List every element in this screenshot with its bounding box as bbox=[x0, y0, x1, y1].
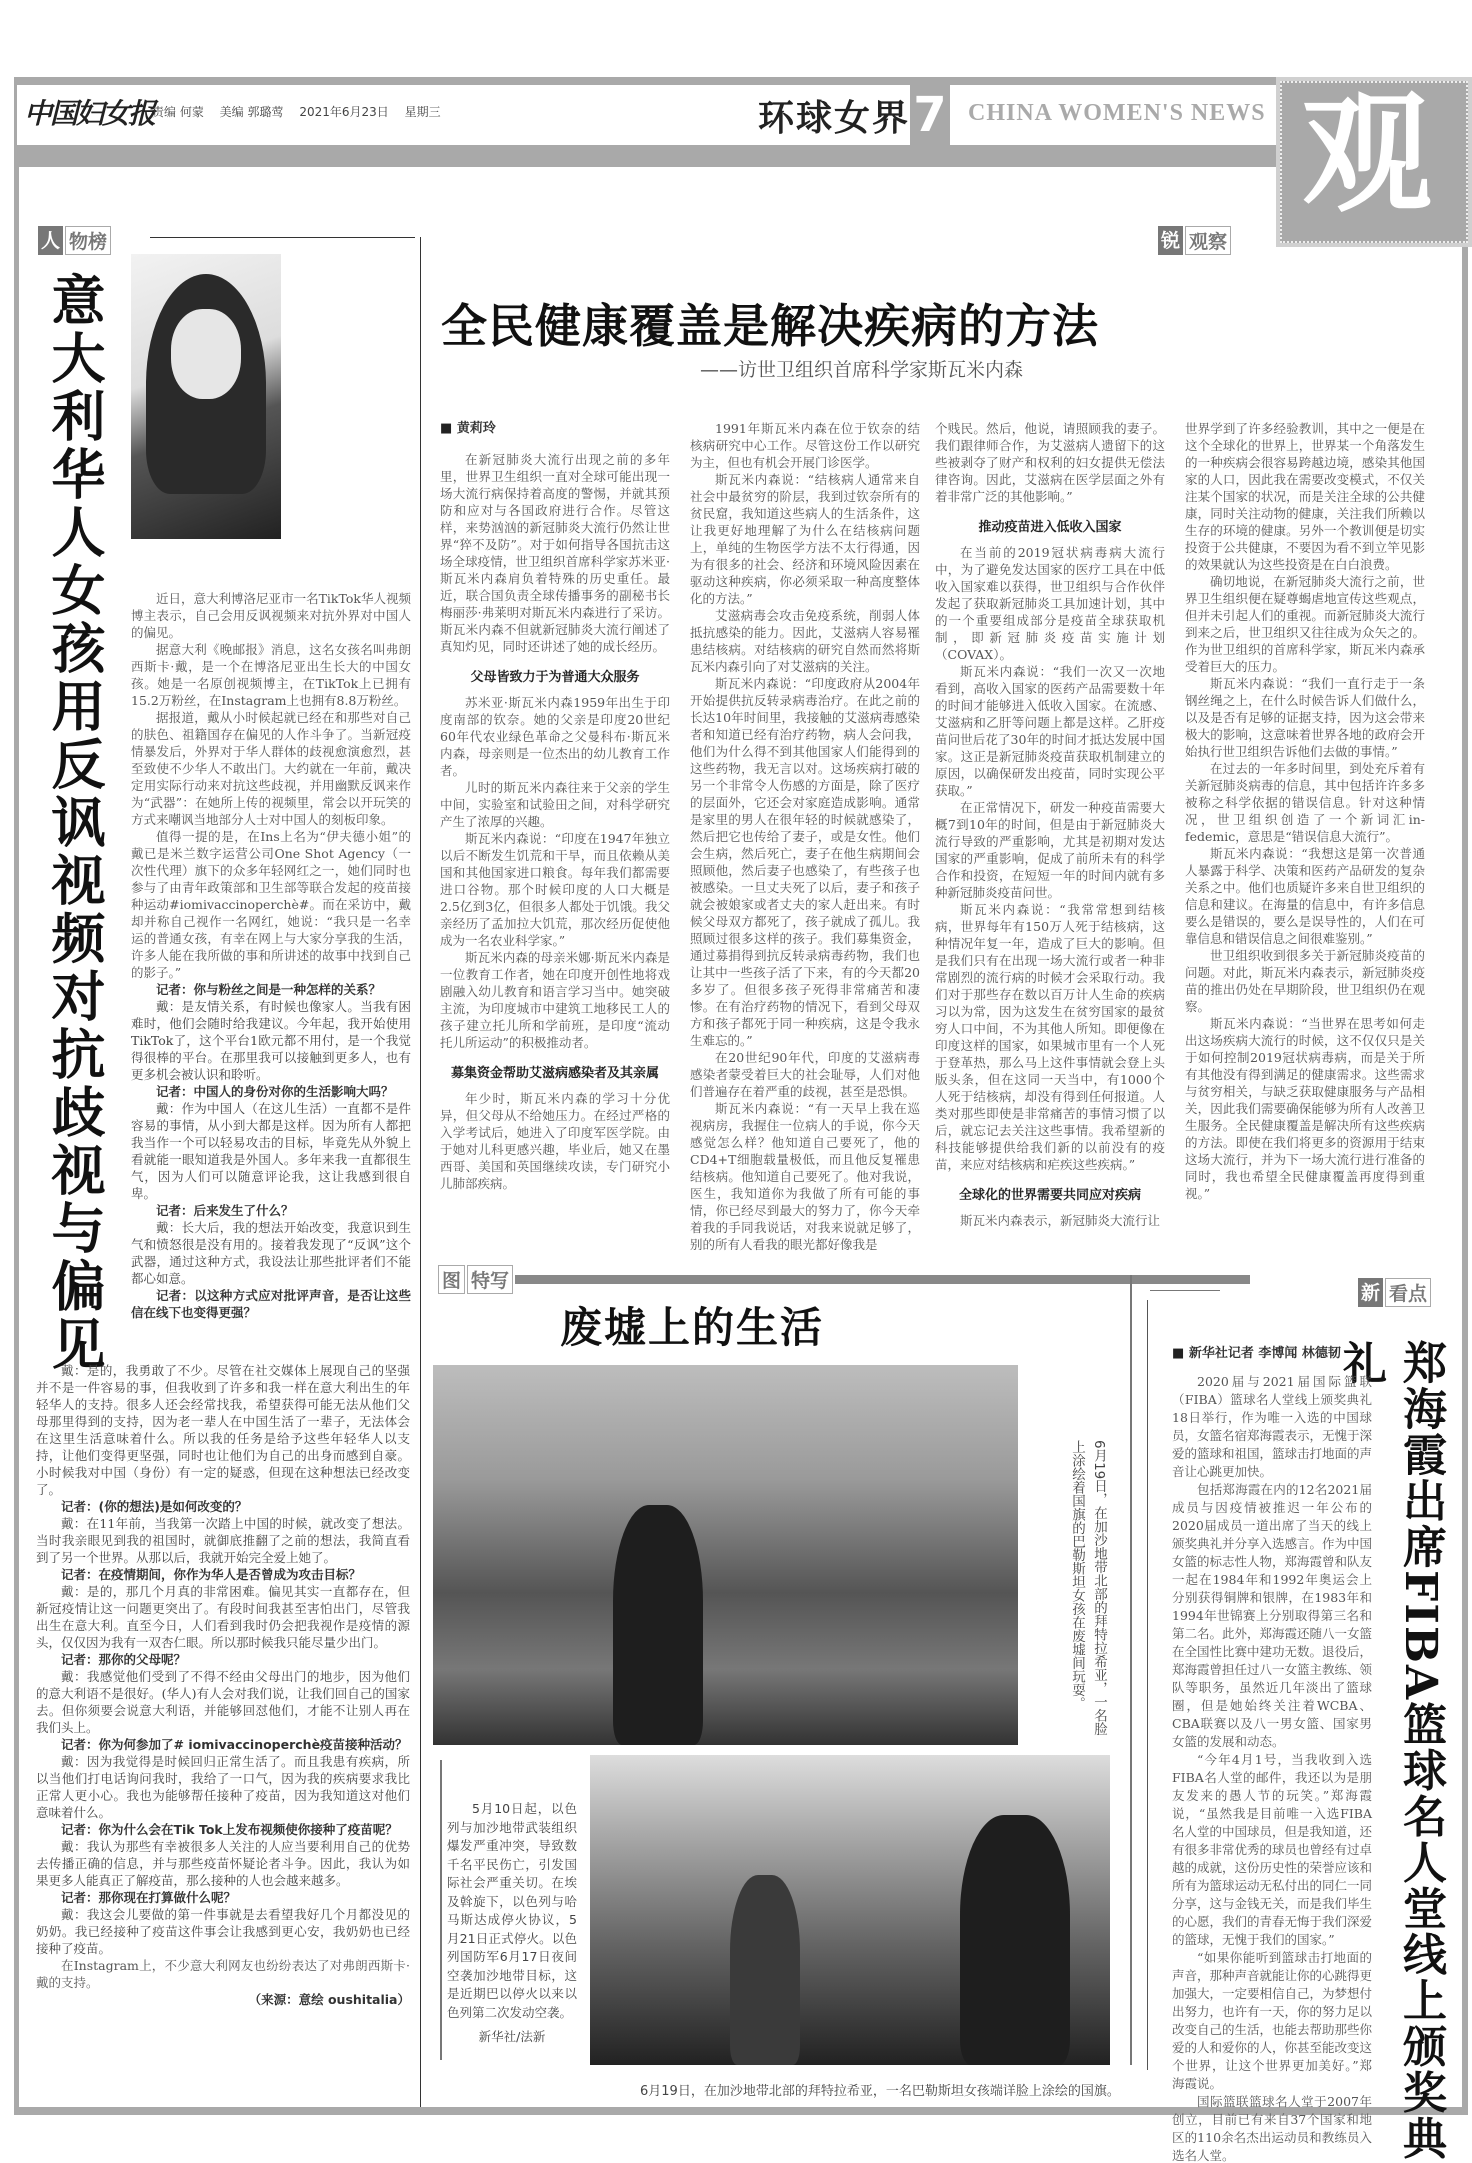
interview-answer: 戴：我感觉他们受到了不得不经由父母出门的地步，因为他们的意大利语不是很好。(华人… bbox=[36, 1668, 410, 1736]
column-divider bbox=[440, 1760, 442, 2060]
paragraph: 年少时，斯瓦米内森的学习十分优异，但父母从不给她压力。在经过严格的入学考试后，她… bbox=[440, 1090, 670, 1192]
paragraph: 儿时的斯瓦米内森往来于父亲的学生中间，实验室和试验田之间，对科学研究产生了浓厚的… bbox=[440, 779, 670, 830]
portrait-face bbox=[171, 309, 241, 399]
main-headline: 全民健康覆盖是解决疾病的方法 bbox=[420, 290, 1120, 356]
girl-mirror-photo bbox=[590, 1755, 1110, 2065]
interview-answer: 戴：长大后，我的想法开始改变，我意识到生气和愤怒很是没有用的。接着我发现了“反讽… bbox=[131, 1219, 411, 1287]
divider bbox=[1150, 1290, 1220, 1291]
closing-paragraph: 在Instagram上，不少意大利网友也纷纷表达了对弗朗西斯卡·戴的支持。 bbox=[36, 1957, 410, 1991]
main-column-3: 个贱民。然后，他说，请照顾我的妻子。我们跟律师合作，为艾滋病人遗留下的这些被剥夺… bbox=[935, 420, 1165, 1229]
left-article-headline: 意大利华人女孩用反讽视频对抗歧视与偏见 bbox=[40, 272, 110, 1374]
interview-question: 记者：在疫情期间，你作为华人是否曾成为攻击目标？ bbox=[36, 1566, 410, 1583]
photo-feature-headline: 废墟上的生活 bbox=[560, 1295, 824, 1355]
interview-question: 记者：后来发生了什么？ bbox=[131, 1202, 411, 1219]
paragraph: 斯瓦米内森说：“我们一次又一次地看到，高收入国家的医药产品需要数十年的时间才能够… bbox=[935, 663, 1165, 799]
portrait-photo bbox=[131, 254, 281, 539]
interview-question: 记者：以这种方式应对批评声音，是否让这些信在线下也变得更强？ bbox=[131, 1287, 411, 1321]
paragraph: 值得一提的是，在Ins上名为“伊夫德小姐”的戴已是米兰数字运营公司One Sho… bbox=[131, 828, 411, 981]
paragraph: 斯瓦米内森说：“我常常想到结核病，世界每年有150万人死于结核病，这种情况年复一… bbox=[935, 901, 1165, 1173]
interview-question: 记者：(你的想法)是如何改变的？ bbox=[36, 1498, 410, 1515]
section-title: 环球女界 bbox=[758, 90, 910, 141]
paragraph: 斯瓦米内森说：“当世界在思考如何走出这场疾病大流行的时候，这不仅仅只是关于如何控… bbox=[1185, 1015, 1425, 1202]
paragraph: 世卫组织收到很多关于新冠肺炎疫苗的问题。对此，斯瓦米内森表示，新冠肺炎疫苗的推出… bbox=[1185, 947, 1425, 1015]
paragraph: 2020届与2021届国际篮联（FIBA）篮球名人堂线上颁奖典礼18日举行，作为… bbox=[1172, 1373, 1372, 1481]
paragraph: 在过去的一年多时间里，到处充斥着有关新冠肺炎病毒的信息，其中包括许许多多被称之科… bbox=[1185, 760, 1425, 845]
subhead: 募集资金帮助艾滋病感染者及其亲属 bbox=[440, 1065, 670, 1082]
paragraph: 在正常情况下，研发一种疫苗需要大概7到10年的时间，但是由于新冠肺炎大流行导致的… bbox=[935, 799, 1165, 901]
emblem-character: 观 bbox=[1302, 89, 1432, 219]
interview-question: 记者：你为什么会在Tik Tok上发布视频使你接种了疫苗呢？ bbox=[36, 1821, 410, 1838]
photo2-caption: 6月19日，在加沙地带北部的拜特拉希亚，一名巴勒斯坦女孩端详脸上涂绘的国旗。 bbox=[640, 2080, 1120, 2099]
column-tag-people: 人 物榜 bbox=[38, 226, 111, 255]
header-top-bar bbox=[14, 77, 1344, 85]
paragraph: 艾滋病毒会攻击免疫系统，削弱人体抵抗感染的能力。因此，艾滋病人容易罹患结核病。对… bbox=[690, 607, 920, 675]
paragraph: 包括郑海霞在内的12名2021届成员与因疫情被推迟一年公布的2020届成员一道出… bbox=[1172, 1481, 1372, 1751]
interview-answer: 戴：是的，我勇敢了不少。尽管在社交媒体上展现自己的坚强并不是一件容易的事，但我收… bbox=[36, 1362, 410, 1498]
paragraph: 斯瓦米内森说：“结核病人通常来自社会中最贫穷的阶层，我到过钦奈所有的贫民窟，我知… bbox=[690, 471, 920, 607]
interview-answer: 戴：在11年前，当我第一次踏上中国的时候，就改变了想法。当时我亲眼见到我的祖国时… bbox=[36, 1515, 410, 1566]
byline: 新华社记者 李博闻 林德韧 bbox=[1172, 1345, 1372, 1363]
paragraph: 1991年斯瓦米内森在位于钦奈的结核病研究中心工作。尽管这份工作以研究为主，但也… bbox=[690, 420, 920, 471]
issue-weekday: 星期三 bbox=[405, 105, 441, 119]
main-column-4: 世界学到了许多经验教训，其中之一便是在这个全球化的世界上，世界某一个角落发生的一… bbox=[1185, 420, 1425, 1202]
header-gray-band bbox=[14, 145, 1344, 167]
main-column-2: 1991年斯瓦米内森在位于钦奈的结核病研究中心工作。尽管这份工作以研究为主，但也… bbox=[690, 420, 920, 1253]
subhead: 推动疫苗进入低收入国家 bbox=[935, 519, 1165, 536]
paragraph: 据报道，戴从小时候起就已经在和那些对自己的肤色、祖籍国存在偏见的人作斗争了。当新… bbox=[131, 709, 411, 828]
girl-silhouette bbox=[613, 1505, 703, 1745]
left-article-body-wide: 戴：是的，我勇敢了不少。尽管在社交媒体上展现自己的坚强并不是一件容易的事，但我收… bbox=[36, 1362, 410, 2008]
paragraph: 斯瓦米内森说：“印度政府从2004年开始提供抗反转录病毒治疗。在此之前的长达10… bbox=[690, 675, 920, 1049]
subhead: 父母皆致力于为普通大众服务 bbox=[440, 669, 670, 686]
paragraph: 在新冠肺炎大流行出现之前的多年里，世界卫生组织一直对全球可能出现一场大流行病保持… bbox=[440, 451, 670, 655]
photo1-caption: 6月19日，在加沙地带北部的拜特拉希亚，一名脸上涂绘着国旗的巴勒斯坦女孩在废墟间… bbox=[1040, 1440, 1110, 1740]
page-number: 7 bbox=[910, 85, 950, 145]
paragraph: 确切地说，在新冠肺炎大流行之前，世界卫生组织便在疑尊蝎虐地宣传这些观点，但并未引… bbox=[1185, 573, 1425, 675]
paragraph: 近日，意大利博洛尼亚市一名TikTok华人视频博主表示，自己会用反讽视频来对抗外… bbox=[131, 590, 411, 641]
paragraph: 斯瓦米内森表示，新冠肺炎大流行让 bbox=[935, 1212, 1165, 1229]
paragraph: 斯瓦米内森的母亲米娜·斯瓦米内森是一位教育工作者，她在印度开创性地将戏剧融入幼儿… bbox=[440, 949, 670, 1051]
girl-silhouette bbox=[730, 1875, 800, 2065]
issue-date: 2021年6月23日 bbox=[299, 105, 388, 119]
paragraph: 个贱民。然后，他说，请照顾我的妻子。我们跟律师合作，为艾滋病人遗留下的这些被剥夺… bbox=[935, 420, 1165, 505]
paragraph: 斯瓦米内森说：“我想这是第一次普通人暴露于科学、决策和医药产品研发的复杂关系之中… bbox=[1185, 845, 1425, 947]
paragraph: 在20世纪90年代，印度的艾滋病毒感染者蒙受着巨大的社会耻辱，人们对他们普遍存在… bbox=[690, 1049, 920, 1100]
interview-answer: 戴：因为我觉得是时候回归正常生活了。而且我患有疾病，所以当他们打电话询问我时，我… bbox=[36, 1753, 410, 1821]
paragraph: “今年4月1号，当我收到入选FIBA名人堂的邮件，我还以为是朋友发来的愚人节的玩… bbox=[1172, 1751, 1372, 1949]
corner-emblem: 观 bbox=[1276, 77, 1472, 247]
paragraph: 苏米亚·斯瓦米内森1959年出生于印度南部的钦奈。她的父亲是印度20世纪60年代… bbox=[440, 694, 670, 779]
page-frame-right bbox=[1462, 247, 1468, 2107]
paragraph: 斯瓦米内森说：“我们一直行走于一条钢丝绳之上，在什么时候告诉人们做什么，以及是否… bbox=[1185, 675, 1425, 760]
gaza-ruins-photo bbox=[433, 1365, 1018, 1745]
section-rule bbox=[515, 1275, 1250, 1284]
column-divider bbox=[1147, 1300, 1148, 2070]
main-subheadline: ——访世卫组织首席科学家斯瓦米内森 bbox=[700, 355, 1023, 382]
column-tag-observation: 锐 观察 bbox=[1158, 226, 1231, 255]
interview-answer: 戴：是的，那几个月真的非常困难。偏见其实一直都存在，但新冠疫情让这一问题更突出了… bbox=[36, 1583, 410, 1651]
subhead: 全球化的世界需要共同应对疾病 bbox=[935, 1187, 1165, 1204]
column-tag-highlight: 新 看点 bbox=[1358, 1278, 1431, 1307]
english-paper-name: CHINA WOMEN'S NEWS bbox=[968, 100, 1266, 127]
fiba-headline: 郑海霞出席FIBA篮球名人堂线上颁奖典礼 bbox=[1380, 1340, 1450, 2163]
paragraph: 在当前的2019冠状病毒病大流行中，为了避免发达国家的医疗工具在中低收入国家难以… bbox=[935, 544, 1165, 663]
byline: 黄莉玲 bbox=[440, 420, 670, 437]
woman-silhouette bbox=[960, 1815, 1070, 2065]
column-divider bbox=[420, 237, 421, 2107]
interview-question: 记者：中国人的身份对你的生活影响大吗？ bbox=[131, 1083, 411, 1100]
fiba-article-body: 新华社记者 李博闻 林德韧 2020届与2021届国际篮联（FIBA）篮球名人堂… bbox=[1172, 1345, 1372, 2163]
page-frame-left bbox=[14, 167, 19, 2107]
interview-answer: 戴：我这会儿要做的第一件事就是去看望我好几个月都没见的奶奶。我已经接种了疫苗这件… bbox=[36, 1906, 410, 1957]
interview-question: 记者：你为何参加了# iomivaccinoperchè疫苗接种活动？ bbox=[36, 1736, 410, 1753]
paragraph: 世界学到了许多经验教训，其中之一便是在这个全球化的世界上，世界某一个角落发生的一… bbox=[1185, 420, 1425, 573]
main-column-1: 黄莉玲 在新冠肺炎大流行出现之前的多年里，世界卫生组织一直对全球可能出现一场大流… bbox=[440, 420, 670, 1192]
paragraph: 国际篮联篮球名人堂于2007年创立，目前已有来自37个国家和地区的110余名杰出… bbox=[1172, 2093, 1372, 2163]
paragraph: “如果你能听到篮球击打地面的声音，那种声音就能让你的心跳得更加强大，一定要相信自… bbox=[1172, 1949, 1372, 2093]
interview-answer: 戴：是友情关系，有时候也像家人。当我有困难时，他们会随时给我建议。今年起，我开始… bbox=[131, 998, 411, 1083]
interview-answer: 戴：我认为那些有幸被很多人关注的人应当要利用自己的优势去传播正确的信息，并与那些… bbox=[36, 1838, 410, 1889]
column-divider bbox=[1130, 1275, 1132, 2065]
left-article-body: 近日，意大利博洛尼亚市一名TikTok华人视频博主表示，自己会用反讽视频来对抗外… bbox=[131, 590, 411, 1321]
masthead-meta: 责编 何蒙 美编 郭璐莺 2021年6月23日 星期三 bbox=[152, 103, 453, 120]
photo-feature-text: 5月10日起，以色列与加沙地带武装组织爆发严重冲突，导致数千名平民伤亡，引发国际… bbox=[447, 1800, 577, 2047]
editor-credit: 责编 何蒙 bbox=[152, 105, 204, 119]
interview-question: 记者：你与粉丝之间是一种怎样的关系？ bbox=[131, 981, 411, 998]
paper-logo: 中国妇女报 bbox=[24, 92, 154, 132]
photo-credit: 新华社/法新 bbox=[447, 2028, 577, 2047]
divider bbox=[150, 237, 415, 238]
paragraph: 斯瓦米内森说：“有一天早上我在巡视病房，我握住一位病人的手说，你今天感觉怎么样？… bbox=[690, 1100, 920, 1253]
interview-question: 记者：那你现在打算做什么呢？ bbox=[36, 1889, 410, 1906]
paragraph: 据意大利《晚邮报》消息，这名女孩名叫弗朗西斯卡·戴，是一个在博洛尼亚出生长大的中… bbox=[131, 641, 411, 709]
designer-credit: 美编 郭璐莺 bbox=[220, 105, 284, 119]
column-tag-photo: 图 特写 bbox=[438, 1265, 513, 1294]
interview-answer: 戴：作为中国人（在这儿生活）一直都不是件容易的事情，从小到大都是这样。因为所有人… bbox=[131, 1100, 411, 1202]
source-credit: （来源：意绘 oushitalia） bbox=[36, 1991, 410, 2008]
interview-question: 记者：那你的父母呢？ bbox=[36, 1651, 410, 1668]
paragraph: 斯瓦米内森说：“印度在1947年独立以后不断发生饥荒和干旱，而且依赖从美国和其他… bbox=[440, 830, 670, 949]
